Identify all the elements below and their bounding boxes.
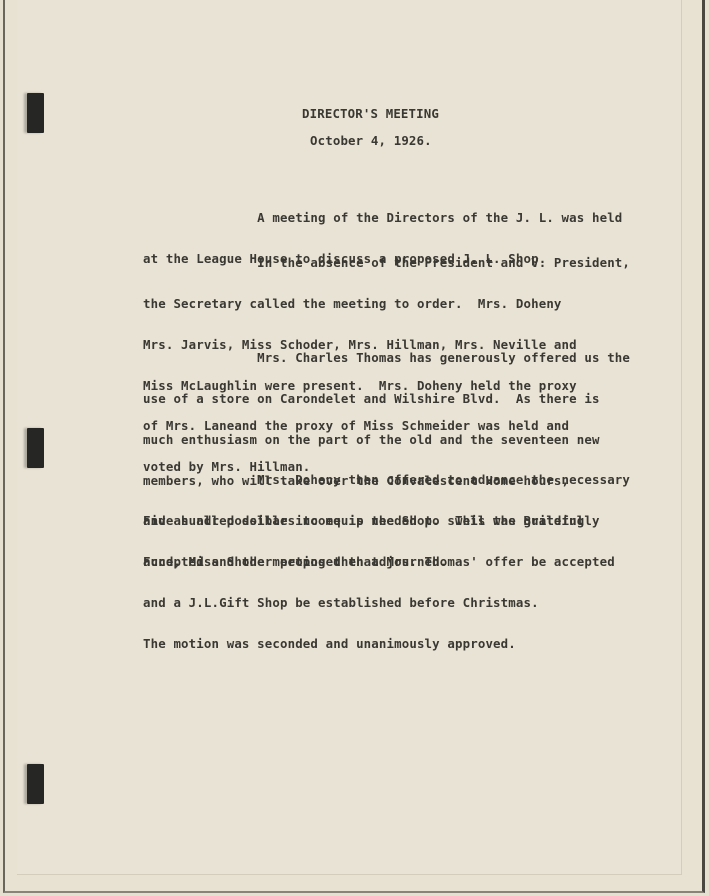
document-date: October 4, 1926. [310,134,432,148]
text-line: A meeting of the Directors of the J. L. … [143,211,622,225]
text-line: The motion was seconded and unanimously … [143,637,630,651]
text-line: Mrs. Charles Thomas has generously offer… [143,351,630,365]
text-line: In the absence of the President and V. P… [143,256,630,270]
paragraph-4: Mrs. Doheny then offered to advance the … [143,446,630,596]
text-line: Mrs. Doheny then offered to advance the … [143,473,630,487]
text-line: much enthusiasm on the part of the old a… [143,433,630,447]
binding-hole-bottom [27,764,44,804]
text-line: accepted and the meeting then adjourned. [143,555,630,569]
document-page: DIRECTOR'S MEETING October 4, 1926. A me… [3,0,705,893]
document-title: DIRECTOR'S MEETING [302,107,439,121]
text-line: and a J.L.Gift Shop be established befor… [143,596,630,610]
binding-hole-top [27,93,44,133]
text-line: use of a store on Carondelet and Wilshir… [143,392,630,406]
text-line: the Secretary called the meeting to orde… [143,297,630,311]
text-line: Five hundred dollars to equip the Shop. … [143,514,630,528]
binding-hole-middle [27,428,44,468]
